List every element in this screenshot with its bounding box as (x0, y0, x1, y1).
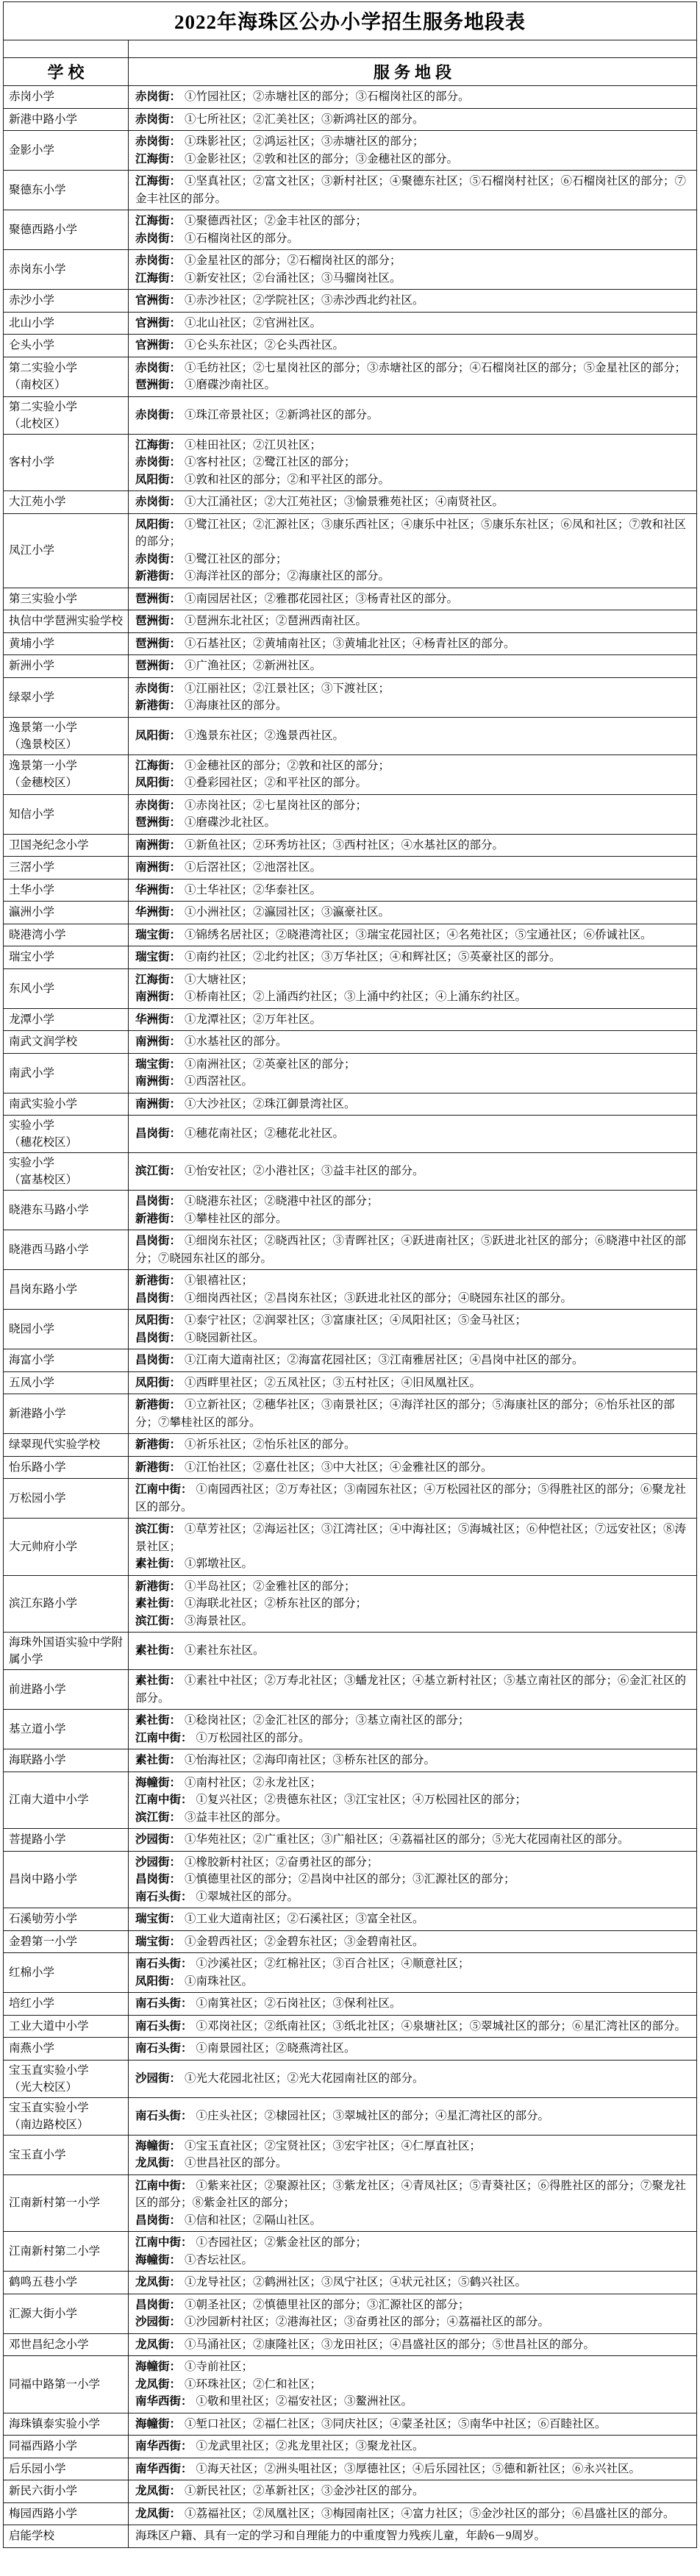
street-label: 南华西街： (135, 2395, 193, 2408)
school-name: 聚德西路小学 (4, 210, 129, 250)
service-area-cell: 海幢街：①宝玉直社区；②宝贤社区；③宏宇社区；④仁厚直社区；龙凤街：①世昌社区的… (129, 2135, 697, 2174)
school-name: 怡乐路小学 (4, 1456, 129, 1479)
spacer-cell-right (129, 40, 697, 58)
street-label: 海幢街： (135, 2418, 181, 2430)
service-area-cell: 新港街：①半岛社区；②金雅社区的部分；素社街：①海联北社区；②桥东社区的部分；滨… (129, 1575, 697, 1633)
table-row: 同福西路小学南华西街：①龙武里社区；②兆龙里社区；③聚龙社区。 (4, 2436, 697, 2458)
service-area-cell: 瑞宝街：①南洲社区；②英豪社区的部分；南洲街：①西滘社区。 (129, 1053, 697, 1093)
school-name: 客村小学 (4, 434, 129, 491)
street-label: 赤岗街： (135, 496, 181, 508)
school-name: 昌岗东路小学 (4, 1270, 129, 1310)
area-segment: 凤阳街：①泰宁社区；②润翠社区；③富康社区；④凤阳社区；⑤金马社区； (135, 1312, 692, 1330)
school-name: 江南新村第一小学 (4, 2174, 129, 2232)
service-area-cell: 赤岗街：①大江涌社区；②大江苑社区；③愉景雅苑社区；④南贤社区。 (129, 491, 697, 514)
street-label: 南洲街： (135, 1098, 181, 1110)
table-row: 昌岗东路小学新港街：①银禧社区；昌岗街：①细岗西社区；②昌岗东社区；③跃进北社区… (4, 1270, 697, 1310)
table-row: 卫国尧纪念小学南洲街：①新鱼社区；②环秀坊社区；③西村社区；④水基社区的部分。 (4, 834, 697, 857)
area-segment: 龙凤街：①荔福社区；②凤凰社区；③梅园南社区；④富力社区；⑤金沙社区的部分；⑥昌… (135, 2505, 692, 2523)
school-name: 实验小学 （穗花校区） (4, 1116, 129, 1153)
community-list: ①广渔社区；②新洲社区。 (185, 660, 321, 672)
school-name: 鹤鸣五巷小学 (4, 2272, 129, 2294)
community-list: ①桥南社区；②上涌西约社区；③上涌中约社区；④上涌东约社区。 (185, 991, 526, 1003)
street-label: 昌岗街： (135, 1873, 181, 1885)
table-row: 东风小学江海街：①大塘社区；南洲街：①桥南社区；②上涌西约社区；③上涌中约社区；… (4, 968, 697, 1008)
street-label: 新港街： (135, 699, 181, 712)
community-list: ①小洲社区；②瀛园社区；③瀛豪社区。 (185, 906, 390, 918)
area-segment: 赤岗街：①鹭江社区的部分； (135, 551, 692, 568)
area-segment: 瑞宝街：①工业大道南社区；②石溪社区；③富全社区。 (135, 1910, 692, 1928)
street-label: 琶洲街： (135, 638, 181, 650)
area-segment: 凤阳街：①叠彩园社区；②和平社区的部分。 (135, 774, 692, 792)
area-segment: 龙凤街：①环珠社区；②仁和社区； (135, 2376, 692, 2394)
street-label: 凤阳街： (135, 1975, 181, 1988)
area-segment: 江南中街：①南园西社区；②万寿社区；③南园东社区；④万松园社区的部分；⑤得胜社区… (135, 1481, 692, 1516)
table-row: 基立道小学素社街：①稔岗社区；②金汇社区的部分；③基立南社区的部分；江南中街：①… (4, 1710, 697, 1749)
street-label: 昌岗街： (135, 1235, 181, 1247)
school-name: 北山小学 (4, 312, 129, 335)
street-label: 素社街： (135, 1597, 181, 1610)
table-row: 宝玉直实验小学 （南边路校区）南石头街：①庄头社区；②棣园社区；③翠城社区的部分… (4, 2097, 697, 2135)
street-label: 南石头街： (135, 1891, 193, 1903)
school-name: 瀛洲小学 (4, 902, 129, 924)
school-name: 南武文润学校 (4, 1031, 129, 1054)
school-name: 晓港东马路小学 (4, 1191, 129, 1230)
table-row: 培红小学南石头街：①南箕社区；②石岗社区；③保利社区。 (4, 1993, 697, 2016)
table-row: 南燕小学南石头街：①南景园社区；②晓燕湾社区。 (4, 2038, 697, 2061)
community-list: ①大江涌社区；②大江苑社区；③愉景雅苑社区；④南贤社区。 (185, 496, 504, 508)
table-row: 赤沙小学官洲街：①赤沙社区；②学院社区；③赤沙西北约社区。 (4, 290, 697, 313)
service-area-cell: 南洲街：①大沙社区；②珠江御景湾社区。 (129, 1093, 697, 1116)
street-label: 凤阳街： (135, 474, 181, 486)
school-name: 大元帅府小学 (4, 1519, 129, 1576)
community-list: ①南园居社区；②雅郡花园社区；③杨青社区的部分。 (185, 593, 458, 605)
spacer-row (4, 40, 697, 58)
area-segment: 琶洲街：①磨碟沙北社区。 (135, 814, 692, 832)
table-row: 宝玉直小学海幢街：①宝玉直社区；②宝贤社区；③宏宇社区；④仁厚直社区；龙凤街：①… (4, 2135, 697, 2174)
table-row: 三滘小学南洲街：①后滘社区；②池滘社区。 (4, 857, 697, 880)
area-segment: 南洲街：①水基社区的部分。 (135, 1033, 692, 1051)
school-name: 江南新村第二小学 (4, 2232, 129, 2272)
table-row: 新洲小学琶洲街：①广渔社区；②新洲社区。 (4, 655, 697, 678)
community-list: ①南约社区；②北约社区；③万华社区；④和辉社区；⑤英豪社区的部分。 (185, 951, 561, 963)
table-row: 宝玉直实验小学 （光大校区）沙园街：①光大花园北社区；②光大花园南社区的部分。 (4, 2060, 697, 2097)
community-list: ①泰宁社区；②润翠社区；③富康社区；④凤阳社区；⑤金马社区； (185, 1314, 526, 1327)
community-list: ①龙潭社区；②万年社区。 (185, 1013, 321, 1026)
street-label: 素社街： (135, 1674, 181, 1687)
service-area-cell: 昌岗街：①细岗东社区；②晓西社区；③青晖社区；④跃进南社区；⑤跃进北社区的部分；… (129, 1230, 697, 1270)
service-area-cell: 官洲街：①仑头东社区；②仑头西社区。 (129, 335, 697, 357)
area-segment: 华洲街：①土华社区；②华泰社区。 (135, 882, 692, 899)
street-label: 昌岗街： (135, 1332, 181, 1344)
table-row: 昌岗中路小学沙园街：①橡胶新村社区；②奋勇社区的部分；昌岗街：①慎德里社区的部分… (4, 1851, 697, 1908)
community-list: ①杏坛社区。 (185, 2254, 253, 2266)
table-row: 聚德东小学江海街：①坚真社区；②富文社区；③新村社区；④聚德东社区；⑤石榴岗村社… (4, 171, 697, 210)
title-row: 2022年海珠区公办小学招生服务地段表 (4, 2, 697, 40)
street-label: 南石头街： (135, 2110, 193, 2122)
street-label: 新港街： (135, 1580, 181, 1593)
community-list: ①立新社区；②穗华社区；③南景社区；④海洋社区的部分；⑤海康社区的部分；⑥怡乐社… (135, 1399, 675, 1429)
street-label: 瑞宝街： (135, 1935, 181, 1948)
street-label: 凤阳街： (135, 1314, 181, 1327)
community-list: ①翠城社区的部分。 (196, 1891, 299, 1903)
table-row: 南武文润学校南洲街：①水基社区的部分。 (4, 1031, 697, 1054)
street-label: 赤岗街： (135, 553, 181, 565)
area-segment: 新港街：①海康社区的部分。 (135, 697, 692, 715)
school-name: 金碧第一小学 (4, 1930, 129, 1953)
school-name: 第三实验小学 (4, 588, 129, 610)
street-label: 沙园街： (135, 1856, 181, 1869)
school-name: 滨江东路小学 (4, 1575, 129, 1633)
street-label: 素社街： (135, 1558, 181, 1570)
service-area-cell: 赤岗街：①珠影社区；②鸿运社区；③赤塘社区的部分；江海街：①金影社区；②敦和社区… (129, 131, 697, 171)
street-label: 江南中街： (135, 1732, 193, 1744)
community-list: ①海洋社区的部分；②海康社区的部分。 (185, 570, 390, 582)
community-list: ①毛纺社区；②七星岗社区的部分；③赤塘社区的部分；④石榴岗社区的部分；⑤金星社区… (185, 362, 686, 374)
school-name: 宝玉直小学 (4, 2135, 129, 2174)
service-area-cell: 南华西街：①龙武里社区；②兆龙里社区；③聚龙社区。 (129, 2436, 697, 2458)
area-segment: 赤岗街：①七所社区；②汇美社区；③新鸿社区的部分。 (135, 111, 692, 129)
street-label: 瑞宝街： (135, 1913, 181, 1925)
school-name: 海联路小学 (4, 1749, 129, 1772)
service-area-cell: 华洲街：①小洲社区；②瀛园社区；③瀛豪社区。 (129, 902, 697, 924)
school-name: 万松园小学 (4, 1479, 129, 1519)
street-label: 南石头街： (135, 1958, 193, 1970)
community-list: ①磨碟沙北社区。 (185, 816, 276, 829)
community-list: ①南洲社区；②英豪社区的部分； (185, 1058, 356, 1071)
school-name: 凤江小学 (4, 513, 129, 588)
school-name: 晓港湾小学 (4, 924, 129, 946)
area-segment: 赤岗街：①珠影社区；②鸿运社区；③赤塘社区的部分； (135, 133, 692, 151)
table-row: 邓世昌纪念小学龙凤街：①马涌社区；②康隆社区；③龙田社区；④昌盛社区的部分；⑤世… (4, 2333, 697, 2356)
street-label: 江海街： (135, 215, 181, 227)
table-row: 第二实验小学 （南校区）赤岗街：①毛纺社区；②七星岗社区的部分；③赤塘社区的部分… (4, 357, 697, 396)
service-area-cell: 赤岗街：①江丽社区；②江景社区；③下渡社区；新港街：①海康社区的部分。 (129, 677, 697, 717)
table-row: 鹤鸣五巷小学龙凤街：①龙导社区；②鹤洲社区；③凤宁社区；④状元社区；⑤鹤兴社区。 (4, 2272, 697, 2294)
service-area-cell: 赤岗街：①珠江帝景社区；②新鸿社区的部分。 (129, 396, 697, 434)
area-segment: 赤岗街：①赤岗社区；②七星岗社区的部分； (135, 797, 692, 815)
area-segment: 新港街：①江怡社区；②嘉仕社区；③中大社区；④金雅社区的部分。 (135, 1459, 692, 1477)
community-list: ①敬和里社区；②福安社区；③鳌洲社区。 (196, 2395, 413, 2408)
table-row: 梅园西路小学龙凤街：①荔福社区；②凤凰社区；③梅园南社区；④富力社区；⑤金沙社区… (4, 2502, 697, 2525)
community-list: ①逸景东社区；②逸景西社区。 (185, 729, 344, 742)
street-label: 南洲街： (135, 1035, 181, 1048)
service-area-cell: 新港街：①立新社区；②穗华社区；③南景社区；④海洋社区的部分；⑤海康社区的部分；… (129, 1394, 697, 1434)
service-area-cell: 海幢街：①堑口社区；②福仁社区；③同庆社区；④蒙圣社区；⑤南华中社区；⑥百睦社区… (129, 2413, 697, 2436)
table-row: 汇源大街小学昌岗街：①朝圣社区；②慎德里社区的部分；③汇源社区的部分；沙园街：①… (4, 2294, 697, 2333)
street-label: 素社街： (135, 1644, 181, 1657)
community-list: ①穗花南社区；②穗花北社区。 (185, 1127, 344, 1140)
school-name: 卫国尧纪念小学 (4, 834, 129, 857)
community-list: ①珠影社区；②鸿运社区；③赤塘社区的部分； (185, 135, 424, 148)
street-label: 江海街： (135, 153, 181, 165)
service-area-cell: 沙园街：①华苑社区；②广重社区；③广船社区；④荔福社区的部分；⑤光大花园南社区的… (129, 1829, 697, 1852)
area-segment: 海幢街：①寺前社区； (135, 2358, 692, 2376)
table-row: 菩提路小学沙园街：①华苑社区；②广重社区；③广船社区；④荔福社区的部分；⑤光大花… (4, 1829, 697, 1852)
street-label: 凤阳街： (135, 518, 181, 531)
street-label: 官洲街： (135, 294, 181, 307)
street-label: 华洲街： (135, 884, 181, 896)
table-row: 赤岗东小学赤岗街：①金星社区的部分；②石榴岗社区的部分；江海街：①新安社区；②台… (4, 250, 697, 290)
table-row: 海珠外国语实验中学附属小学素社街：①素社东社区。 (4, 1633, 697, 1670)
school-name: 聚德东小学 (4, 171, 129, 210)
table-row: 后乐园小学南华西街：①海天社区；②洲头咀社区；③厚德社区；④后乐园社区；⑤德和新… (4, 2458, 697, 2480)
community-list: ①赤岗社区；②七星岗社区的部分； (185, 799, 367, 812)
community-list: ①工业大道南社区；②石溪社区；③富全社区。 (185, 1913, 424, 1925)
community-list: ①鹭江社区；②汇源社区；③康乐西社区；④康乐中社区；⑤康乐东社区；⑥凤和社区；⑦… (135, 518, 686, 549)
community-list: ①锦绣名居社区；②晓港湾社区；③瑞宝花园社区；④名苑社区；⑤宝通社区；⑥侨诚社区… (185, 929, 652, 941)
service-area-cell: 赤岗街：①七所社区；②汇美社区；③新鸿社区的部分。 (129, 108, 697, 131)
community-list: ①环珠社区；②仁和社区； (185, 2378, 321, 2391)
street-label: 赤岗街： (135, 232, 181, 245)
service-area-cell: 琶洲街：①石基社区；②黄埔南社区；③黄埔北社区；④杨青社区的部分。 (129, 632, 697, 655)
area-segment: 昌岗街：①朝圣社区；②慎德里社区的部分；③汇源社区的部分； (135, 2297, 692, 2314)
table-row: 龙潭小学华洲街：①龙潭社区；②万年社区。 (4, 1008, 697, 1031)
area-segment: 南华西街：①龙武里社区；②兆龙里社区；③聚龙社区。 (135, 2438, 692, 2455)
service-area-cell: 南石头街：①南景园社区；②晓燕湾社区。 (129, 2038, 697, 2061)
area-segment: 南石头街：①南箕社区；②石岗社区；③保利社区。 (135, 1995, 692, 2013)
community-list: ①金星社区的部分；②石榴岗社区的部分； (185, 254, 401, 267)
community-list: ①磨碟沙南社区。 (185, 379, 276, 391)
street-label: 海幢街： (135, 1777, 181, 1789)
area-segment: 官洲街：①仑头东社区；②仑头西社区。 (135, 337, 692, 354)
street-label: 瑞宝街： (135, 951, 181, 963)
community-list: ①水基社区的部分。 (185, 1035, 287, 1048)
street-label: 琶洲街： (135, 379, 181, 391)
table-row: 实验小学 （穗花校区）昌岗街：①穗花南社区；②穗花北社区。 (4, 1116, 697, 1153)
area-segment: 南石头街：①翠城社区的部分。 (135, 1888, 692, 1906)
community-list: ①金碧西社区；②金碧东社区；③金碧南社区。 (185, 1935, 424, 1948)
area-segment: 赤岗街：①石榴岗社区的部分。 (135, 230, 692, 248)
school-name: 前进路小学 (4, 1670, 129, 1710)
street-label: 赤岗街： (135, 362, 181, 374)
school-name: 新港路小学 (4, 1394, 129, 1434)
area-segment: 瑞宝街：①金碧西社区；②金碧东社区；③金碧南社区。 (135, 1933, 692, 1951)
school-name: 晓港西马路小学 (4, 1230, 129, 1270)
street-label: 赤岗街： (135, 113, 181, 126)
area-segment: 海幢街：①宝玉直社区；②宝贤社区；③宏宇社区；④仁厚直社区； (135, 2138, 692, 2155)
table-row: 石溪劬劳小学瑞宝街：①工业大道南社区；②石溪社区；③富全社区。 (4, 1908, 697, 1931)
table-row: 大元帅府小学滨江街：①草芳社区；②海运社区；③江湾社区；④中海社区；⑤海城社区；… (4, 1519, 697, 1576)
community-list: ①江南大道南社区；②海富花园社区；③江南雅居社区；④昌岗中社区的部分。 (185, 1354, 584, 1366)
area-segment: 瑞宝街：①南约社区；②北约社区；③万华社区；④和辉社区；⑤英豪社区的部分。 (135, 949, 692, 966)
service-area-cell: 海珠区户籍、具有一定的学习和自理能力的中重度智力残疾儿童，年龄6－9周岁。 (129, 2525, 697, 2548)
street-label: 滨江街： (135, 1811, 181, 1824)
street-label: 琶洲街： (135, 593, 181, 605)
service-area-cell: 南石头街：①邓岗社区；②纸南社区；③纸北社区；④泉塘社区；⑤翠城社区的部分；⑥星… (129, 2015, 697, 2038)
community-list: ③海景社区。 (185, 1615, 253, 1627)
area-segment: 滨江街：③海景社区。 (135, 1613, 692, 1630)
area-segment: 江南中街：①杏园社区；②紫金社区的部分； (135, 2234, 692, 2252)
area-segment: 南洲街：①后滘社区；②池滘社区。 (135, 859, 692, 877)
area-segment: 华洲街：①龙潭社区；②万年社区。 (135, 1011, 692, 1029)
community-list: ①怡海社区；②海印南社区；③桥东社区的部分。 (185, 1754, 435, 1766)
community-list: ①华苑社区；②广重社区；③广船社区；④荔福社区的部分；⑤光大花园南社区的部分。 (185, 1833, 629, 1846)
community-list: ①海康社区的部分。 (185, 699, 287, 712)
community-list: ①细岗东社区；②晓西社区；③青晖社区；④跃进南社区；⑤跃进北社区的部分；⑥晓港中… (135, 1235, 686, 1265)
service-area-cell: 瑞宝街：①南约社区；②北约社区；③万华社区；④和辉社区；⑤英豪社区的部分。 (129, 946, 697, 969)
community-list: ①石基社区；②黄埔南社区；③黄埔北社区；④杨青社区的部分。 (185, 638, 515, 650)
school-name: 土华小学 (4, 879, 129, 902)
school-name: 菩提路小学 (4, 1829, 129, 1852)
community-list: ①新鱼社区；②环秀坊社区；③西村社区；④水基社区的部分。 (185, 839, 504, 852)
community-list: ①细岗西社区；②昌岗东社区；③跃进北社区的部分；④晓园东社区的部分。 (185, 1292, 572, 1305)
street-label: 赤岗街： (135, 254, 181, 267)
service-area-cell: 南洲街：①水基社区的部分。 (129, 1031, 697, 1054)
community-list: ①金穗社区的部分；②敦和社区的部分； (185, 760, 390, 772)
school-name: 汇源大街小学 (4, 2294, 129, 2333)
community-list: ①南村社区；②永龙社区； (185, 1777, 321, 1789)
area-segment: 华洲街：①小洲社区；②瀛园社区；③瀛豪社区。 (135, 904, 692, 921)
school-name: 红棉小学 (4, 1953, 129, 1993)
service-area-cell: 滨江街：①草芳社区；②海运社区；③江湾社区；④中海社区；⑤海城社区；⑥仲恺社区；… (129, 1519, 697, 1576)
school-name: 晓园小学 (4, 1310, 129, 1349)
area-segment: 海幢街：①南村社区；②永龙社区； (135, 1774, 692, 1792)
area-segment: 滨江街：③益丰社区的部分。 (135, 1809, 692, 1827)
community-list: ①草芳社区；②海运社区；③江湾社区；④中海社区；⑤海城社区；⑥仲恺社区；⑦远安社… (135, 1523, 686, 1553)
area-segment: 滨江街：①草芳社区；②海运社区；③江湾社区；④中海社区；⑤海城社区；⑥仲恺社区；… (135, 1521, 692, 1555)
table-row: 执信中学琶洲实验学校琶洲街：①琶洲东北社区；②琶洲西南社区。 (4, 610, 697, 633)
service-area-cell: 沙园街：①光大花园北社区；②光大花园南社区的部分。 (129, 2060, 697, 2097)
street-label: 昌岗街： (135, 1354, 181, 1366)
table-row: 海联路小学素社街：①怡海社区；②海印南社区；③桥东社区的部分。 (4, 1749, 697, 1772)
area-segment: 龙凤街：①马涌社区；②康隆社区；③龙田社区；④昌盛社区的部分；⑤世昌社区的部分。 (135, 2336, 692, 2354)
service-area-cell: 南石头街：①南箕社区；②石岗社区；③保利社区。 (129, 1993, 697, 2016)
school-name: 三滘小学 (4, 857, 129, 880)
community-list: ①荔福社区；②凤凰社区；③梅园南社区；④富力社区；⑤金沙社区的部分；⑥昌盛社区的… (185, 2508, 675, 2520)
community-list: ①龙导社区；②鹤洲社区；③凤宁社区；④状元社区；⑤鹤兴社区。 (185, 2276, 526, 2288)
school-name: 第二实验小学 （北校区） (4, 396, 129, 434)
community-list: ①南箕社区；②石岗社区；③保利社区。 (196, 1997, 401, 2010)
area-segment: 沙园街：①沙园新村社区；②港海社区；③奋勇社区的部分；④荔福社区的部分。 (135, 2313, 692, 2331)
table-row: 实验小学 （富基校区）滨江街：①怡安社区；②小港社区；③益丰社区的部分。 (4, 1153, 697, 1191)
community-list: ①晓港东社区；②晓港中社区的部分； (185, 1195, 379, 1207)
service-area-cell: 凤阳街：①鹭江社区；②汇源社区；③康乐西社区；④康乐中社区；⑤康乐东社区；⑥凤和… (129, 513, 697, 588)
community-list: ①信和社区；②隔山社区。 (185, 2214, 321, 2227)
service-area-cell: 江海街：①坚真社区；②富文社区；③新村社区；④聚德东社区；⑤石榴岗村社区；⑥石榴… (129, 171, 697, 210)
community-list: ①朝圣社区；②慎德里社区的部分；③汇源社区的部分； (185, 2299, 470, 2311)
community-list: ①琶洲东北社区；②琶洲西南社区。 (185, 615, 367, 627)
service-area-cell: 江海街：①大塘社区；南洲街：①桥南社区；②上涌西约社区；③上涌中约社区；④上涌东… (129, 968, 697, 1008)
community-list: ①仑头东社区；②仑头西社区。 (185, 339, 344, 352)
community-list: ①大沙社区；②珠江御景湾社区。 (185, 1098, 356, 1110)
service-area-cell: 凤阳街：①泰宁社区；②润翠社区；③富康社区；④凤阳社区；⑤金马社区；昌岗街：①晓… (129, 1310, 697, 1349)
street-label: 凤阳街： (135, 729, 181, 742)
table-row: 海珠镇泰实验小学海幢街：①堑口社区；②福仁社区；③同庆社区；④蒙圣社区；⑤南华中… (4, 2413, 697, 2436)
area-segment: 新港街：①半岛社区；②金雅社区的部分； (135, 1578, 692, 1596)
school-name: 黄埔小学 (4, 632, 129, 655)
service-area-cell: 龙凤街：①新民社区；②革新社区；③金沙社区的部分。 (129, 2480, 697, 2503)
community-list: ①万松园社区的部分。 (196, 1732, 310, 1744)
area-segment: 南石头街：①庄头社区；②棣园社区；③翠城社区的部分；④星汇湾社区的部分。 (135, 2108, 692, 2125)
street-label: 江海街： (135, 760, 181, 772)
area-segment: 琶洲街：①南园居社区；②雅郡花园社区；③杨青社区的部分。 (135, 591, 692, 608)
school-name: 培红小学 (4, 1993, 129, 2016)
area-segment: 昌岗街：①江南大道南社区；②海富花园社区；③江南雅居社区；④昌岗中社区的部分。 (135, 1352, 692, 1369)
school-name: 逸景第一小学 （金穗校区） (4, 754, 129, 794)
school-name: 昌岗中路小学 (4, 1851, 129, 1908)
area-segment: 南洲街：①新鱼社区；②环秀坊社区；③西村社区；④水基社区的部分。 (135, 837, 692, 854)
community-list: ①赤沙社区；②学院社区；③赤沙西北约社区。 (185, 294, 424, 307)
service-area-cell: 南石头街：①庄头社区；②棣园社区；③翠城社区的部分；④星汇湾社区的部分。 (129, 2097, 697, 2135)
street-label: 昌岗街： (135, 1195, 181, 1207)
table-row: 第二实验小学 （北校区）赤岗街：①珠江帝景社区；②新鸿社区的部分。 (4, 396, 697, 434)
school-name: 仑头小学 (4, 335, 129, 357)
area-segment: 新港街：①立新社区；②穗华社区；③南景社区；④海洋社区的部分；⑤海康社区的部分；… (135, 1396, 692, 1431)
service-area-cell: 海幢街：①南村社区；②永龙社区；江南中街：①复兴社区；②贵德东社区；③江宝社区；… (129, 1772, 697, 1829)
service-area-cell: 凤阳街：①西畔里社区；②五凤社区；③五村社区；④旧凤凰社区。 (129, 1371, 697, 1394)
street-label: 昌岗街： (135, 2299, 181, 2311)
street-label: 海幢街： (135, 2361, 181, 2373)
street-label: 海幢街： (135, 2254, 181, 2266)
school-name: 启能学校 (4, 2525, 129, 2548)
community-list: ①桂田社区；②江贝社区； (185, 439, 321, 452)
service-area-cell: 新港街：①祈乐社区；②怡乐社区的部分。 (129, 1434, 697, 1457)
service-area-cell: 素社街：①素社中社区；②万寿北社区；③蟠龙社区；④基立新村社区；⑤基立南社区的部… (129, 1670, 697, 1710)
street-label: 龙凤街： (135, 2157, 181, 2169)
street-label: 赤岗街： (135, 409, 181, 421)
community-list: ①西滘社区。 (185, 1075, 253, 1088)
school-name: 后乐园小学 (4, 2458, 129, 2480)
street-label: 海幢街： (135, 2140, 181, 2152)
area-segment: 江海街：①聚德西社区；②金丰社区的部分； (135, 213, 692, 230)
school-name: 新洲小学 (4, 655, 129, 678)
service-area-cell: 南华西街：①海天社区；②洲头咀社区；③厚德社区；④后乐园社区；⑤德和新社区；⑥永… (129, 2458, 697, 2480)
community-list: ①新民社区；②革新社区；③金沙社区的部分。 (185, 2485, 424, 2497)
street-label: 龙凤街： (135, 2378, 181, 2391)
header-row: 学 校 服 务 地 段 (4, 58, 697, 86)
area-segment: 沙园街：①光大花园北社区；②光大花园南社区的部分。 (135, 2070, 692, 2088)
service-area-cell: 赤岗街：①赤岗社区；②七星岗社区的部分；琶洲街：①磨碟沙北社区。 (129, 794, 697, 834)
table-row: 江南大道中小学海幢街：①南村社区；②永龙社区；江南中街：①复兴社区；②贵德东社区… (4, 1772, 697, 1829)
community-list: ①客村社区；②鹭江社区的部分； (185, 456, 356, 468)
street-label: 琶洲街： (135, 816, 181, 829)
service-area-cell: 素社街：①怡海社区；②海印南社区；③桥东社区的部分。 (129, 1749, 697, 1772)
street-label: 江南中街： (135, 1794, 193, 1806)
table-row: 赤岗小学赤岗街：①竹园社区；②赤塘社区的部分；③石榴岗社区的部分。 (4, 86, 697, 109)
street-label: 赤岗街： (135, 456, 181, 468)
service-area-cell: 江海街：①金穗社区的部分；②敦和社区的部分；凤阳街：①叠彩园社区；②和平社区的部… (129, 754, 697, 794)
table-row: 新港中路小学赤岗街：①七所社区；②汇美社区；③新鸿社区的部分。 (4, 108, 697, 131)
table-row: 第三实验小学琶洲街：①南园居社区；②雅郡花园社区；③杨青社区的部分。 (4, 588, 697, 610)
street-label: 沙园街： (135, 2316, 181, 2328)
table-row: 晓港湾小学瑞宝街：①锦绣名居社区；②晓港湾社区；③瑞宝花园社区；④名苑社区；⑤宝… (4, 924, 697, 946)
area-segment: 新港街：①祈乐社区；②怡乐社区的部分。 (135, 1436, 692, 1454)
community-list: ①怡安社区；②小港社区；③益丰社区的部分。 (185, 1165, 424, 1177)
community-list: ①聚德西社区；②金丰社区的部分； (185, 215, 367, 227)
street-label: 瑞宝街： (135, 929, 181, 941)
table-row: 滨江东路小学新港街：①半岛社区；②金雅社区的部分；素社街：①海联北社区；②桥东社… (4, 1575, 697, 1633)
community-list: ①慎德里社区的部分；②昌岗中社区的部分；③汇源社区的部分； (185, 1873, 515, 1885)
table-row: 海富小学昌岗街：①江南大道南社区；②海富花园社区；③江南雅居社区；④昌岗中社区的… (4, 1349, 697, 1372)
area-segment: 龙凤街：①世昌社区的部分。 (135, 2155, 692, 2172)
street-label: 官洲街： (135, 339, 181, 352)
street-label: 江南中街： (135, 2236, 193, 2249)
street-label: 南洲街： (135, 991, 181, 1003)
table-row: 新民六街小学龙凤街：①新民社区；②革新社区；③金沙社区的部分。 (4, 2480, 697, 2503)
service-area-cell: 新港街：①银禧社区；昌岗街：①细岗西社区；②昌岗东社区；③跃进北社区的部分；④晓… (129, 1270, 697, 1310)
school-name: 新港中路小学 (4, 108, 129, 131)
street-label: 昌岗街： (135, 1292, 181, 1305)
service-area-cell: 昌岗街：①晓港东社区；②晓港中社区的部分；新港街：①攀桂社区的部分。 (129, 1191, 697, 1230)
school-name: 同福西路小学 (4, 2436, 129, 2458)
area-segment: 龙凤街：①龙导社区；②鹤洲社区；③凤宁社区；④状元社区；⑤鹤兴社区。 (135, 2274, 692, 2291)
service-area-cell: 华洲街：①土华社区；②华泰社区。 (129, 879, 697, 902)
service-area-cell: 南洲街：①新鱼社区；②环秀坊社区；③西村社区；④水基社区的部分。 (129, 834, 697, 857)
community-list: ①马涌社区；②康隆社区；③龙田社区；④昌盛社区的部分；⑤世昌社区的部分。 (185, 2338, 595, 2351)
area-segment: 赤岗街：①金星社区的部分；②石榴岗社区的部分； (135, 252, 692, 270)
table-row: 江南新村第一小学江南中街：①紫来社区；②聚源社区；③紫龙社区；④青凤社区；⑤青葵… (4, 2174, 697, 2232)
community-list: ①七所社区；②汇美社区；③新鸿社区的部分。 (185, 113, 424, 126)
